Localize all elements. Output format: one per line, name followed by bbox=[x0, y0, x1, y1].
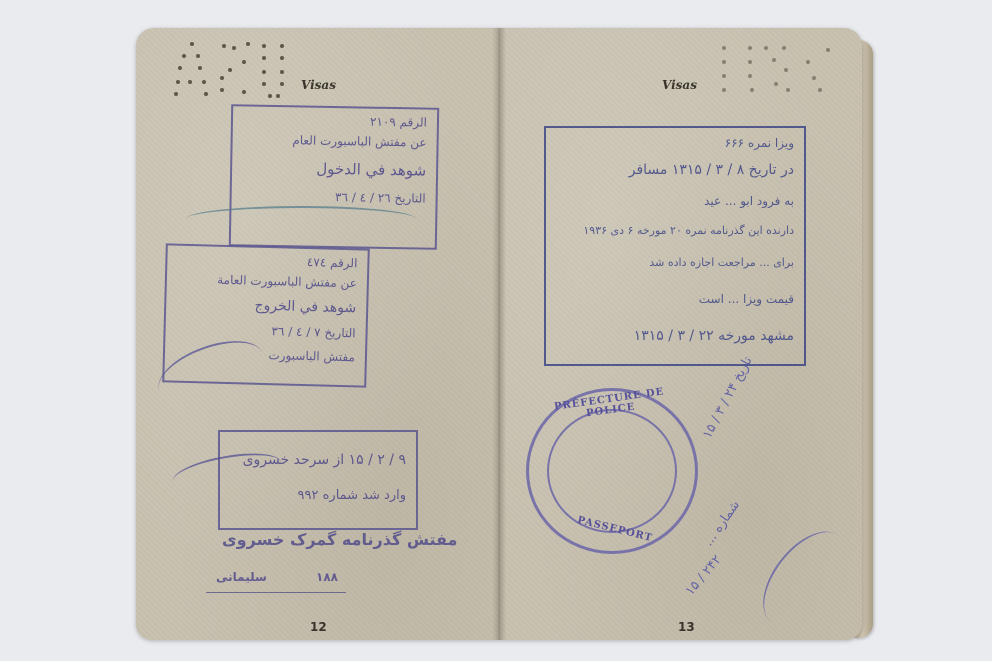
signature-scribble bbox=[747, 517, 864, 642]
stamp-text: التاريخ ٢٦ / ٤ / ٣٦ bbox=[335, 190, 426, 206]
stamp-text: عن مفتش الباسبورت العامة bbox=[217, 273, 357, 291]
customs-stamp-number: ۱۸۸ bbox=[316, 570, 338, 584]
handwritten-note: تاریخ ۲۴ / ۳ / ۱۵ bbox=[700, 354, 756, 441]
right-page: Visas ویزا نمره ۶۶۶ در تاریخ ۸ / ۳ / ۱۳۱… bbox=[500, 28, 862, 640]
stamp-text: ویزا نمره ۶۶۶ bbox=[725, 136, 794, 150]
stamp-text: به فرود ابو ... عید bbox=[704, 194, 794, 208]
right-page-number: 13 bbox=[678, 620, 695, 634]
handwritten-note: شماره ... bbox=[701, 498, 743, 549]
handwritten-note: ۲۴۲ / ۱۵ bbox=[683, 552, 725, 598]
stamp-text: الرقم ٤٧٤ bbox=[307, 255, 358, 270]
stamp-text: التاريخ ٧ / ٤ / ٣٦ bbox=[271, 324, 355, 340]
stamp-text: مشهد مورخه ۲۲ / ۳ / ۱۳۱۵ bbox=[634, 328, 794, 344]
right-page-header: Visas bbox=[662, 78, 697, 92]
visa-stamp: ویزا نمره ۶۶۶ در تاریخ ۸ / ۳ / ۱۳۱۵ مساف… bbox=[544, 126, 806, 366]
customs-stamp-footer: مفتش گذرنامه گمرک خسروی bbox=[222, 530, 457, 549]
signature-scribble bbox=[186, 206, 416, 232]
stamp-text: قیمت ویزا ... است bbox=[699, 292, 794, 306]
stamp-text: برای ... مراجعت اجازه داده شد bbox=[649, 256, 794, 269]
stamp-text: شوهد في الخروج bbox=[254, 298, 356, 317]
left-page-header: Visas bbox=[301, 78, 336, 92]
customs-stamp-name: سلیمانی bbox=[216, 570, 267, 584]
left-page-number: 12 bbox=[310, 620, 327, 634]
stamp-text: الرقم ٢١٠٩ bbox=[370, 115, 427, 130]
underline bbox=[206, 592, 346, 593]
stamp-text: عن مفتش الباسبورت العام bbox=[292, 133, 426, 149]
stamp-text: در تاریخ ۸ / ۳ / ۱۳۱۵ مسافر bbox=[629, 162, 794, 178]
left-page: Visas الرقم ٢١٠٩ عن مفتش الباسبورت العام… bbox=[136, 28, 500, 640]
stamp-text: شوهد في الدخول bbox=[316, 160, 426, 180]
stamp-text: دارنده این گذرنامه نمره ۲۰ مورخه ۶ دی ۱۹… bbox=[583, 224, 794, 237]
stamp-text: مفتش الباسبورت bbox=[268, 348, 355, 364]
stamp-text: وارد شد شماره ۹۹۲ bbox=[298, 488, 406, 503]
